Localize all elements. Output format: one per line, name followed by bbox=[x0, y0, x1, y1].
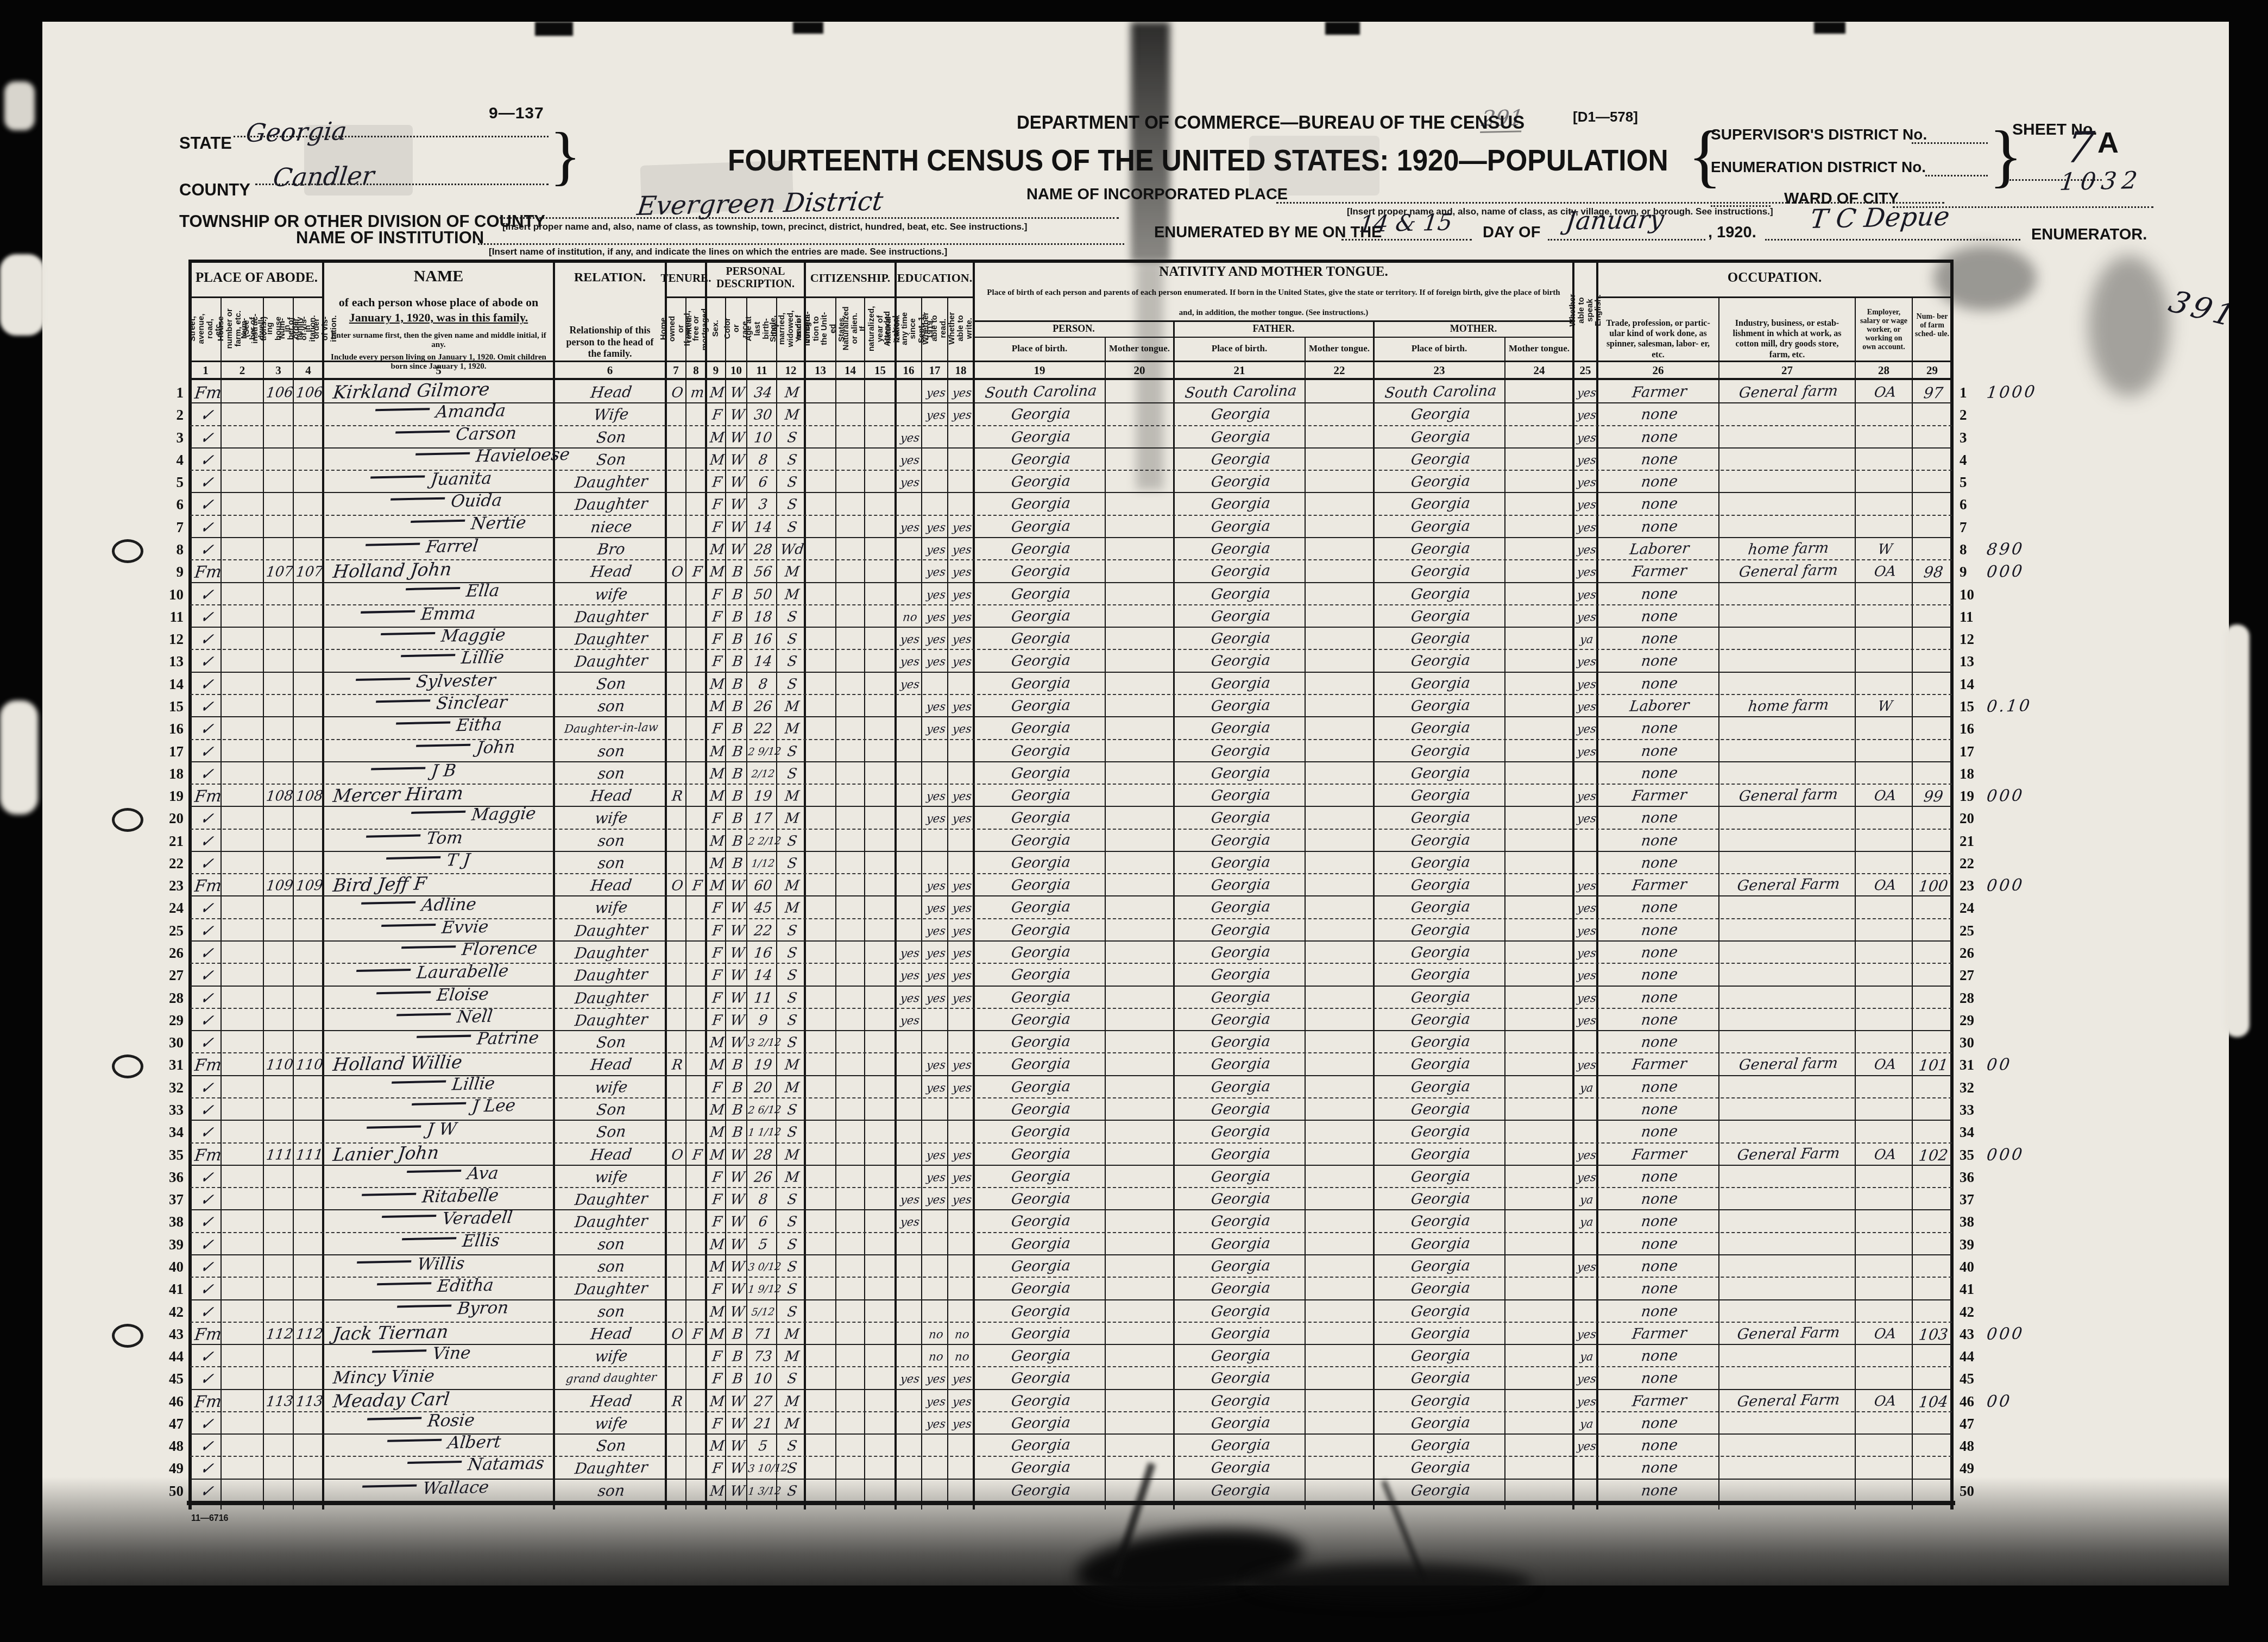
cell-birthplace-person: Georgia bbox=[974, 447, 1108, 472]
ditto-dash bbox=[376, 699, 430, 703]
cell-speaks-english: yes bbox=[1573, 920, 1600, 943]
cell-age: 26 bbox=[747, 696, 779, 719]
cell-trade: none bbox=[1597, 492, 1722, 517]
cell-birthplace-father: Georgia bbox=[1174, 491, 1308, 516]
cell-age: 56 bbox=[747, 561, 779, 584]
cell-marital: M bbox=[777, 807, 808, 830]
header-place-of-birth: Place of birth. bbox=[1374, 337, 1505, 361]
cell-birthplace-father: Georgia bbox=[1174, 1075, 1308, 1100]
cell-sex: F bbox=[706, 942, 728, 965]
cell-able-read: yes bbox=[922, 1368, 950, 1391]
cell-family-number: 110 bbox=[293, 1054, 326, 1077]
cell-abode-check: ✓ bbox=[190, 583, 224, 607]
cell-sex: F bbox=[706, 1458, 728, 1481]
cell-birthplace-person: Georgia bbox=[974, 402, 1108, 427]
cell-sex: M bbox=[706, 673, 728, 696]
enumerated-month-line bbox=[1548, 239, 1705, 241]
cell-birthplace-mother: Georgia bbox=[1374, 783, 1508, 808]
line-number-right: 5 bbox=[1960, 474, 2003, 491]
line-number-left: 5 bbox=[140, 474, 184, 491]
line-number-left: 1 bbox=[140, 384, 184, 401]
cell-trade: none bbox=[1597, 1231, 1722, 1256]
cell-attended-school: yes bbox=[896, 651, 924, 673]
cell-birthplace-father: Georgia bbox=[1174, 559, 1308, 584]
cell-birthplace-mother: Georgia bbox=[1374, 984, 1508, 1009]
cell-abode-check: ✓ bbox=[190, 964, 224, 988]
name-text: Emma bbox=[420, 603, 476, 624]
cell-trade: none bbox=[1597, 940, 1722, 965]
cell-birthplace-father: Georgia bbox=[1174, 1052, 1308, 1077]
line-number-right: 41 bbox=[1960, 1281, 2003, 1298]
column-number: 2 bbox=[221, 361, 263, 380]
ditto-dash bbox=[401, 945, 456, 949]
sheet-stamp: 1032 bbox=[2058, 167, 2144, 196]
cell-speaks-english: ya bbox=[1573, 1413, 1600, 1436]
header-nativity-note2: and, in addition, the mother tongue. (Se… bbox=[979, 308, 1568, 318]
line-number-right: 50 bbox=[1960, 1483, 2003, 1500]
ditto-dash bbox=[381, 923, 436, 926]
cell-birthplace-person: Georgia bbox=[974, 761, 1108, 786]
line-number-left: 32 bbox=[140, 1079, 184, 1096]
cell-dwelling-number: 106 bbox=[263, 382, 296, 405]
cell-color-race: W bbox=[726, 1211, 749, 1234]
cell-marital: S bbox=[777, 1457, 808, 1480]
cell-age: 20 bbox=[747, 1076, 779, 1100]
name-text: J B bbox=[430, 761, 457, 781]
cell-trade: none bbox=[1597, 469, 1722, 494]
cell-tenure-owned: R bbox=[666, 785, 689, 808]
enumerator-label: ENUMERATOR. bbox=[2031, 226, 2147, 244]
cell-birthplace-father: Georgia bbox=[1174, 716, 1308, 741]
cell-trade: none bbox=[1597, 671, 1722, 696]
cell-abode-check: ✓ bbox=[190, 696, 224, 719]
cell-color-race: W bbox=[726, 1144, 749, 1167]
cell-abode-check: ✓ bbox=[190, 673, 224, 696]
cell-marital: M bbox=[777, 561, 808, 584]
header-citizenship: CITIZENSHIP. bbox=[805, 260, 896, 296]
header-col-27-label: Industry, business, or estab- lishment i… bbox=[1725, 318, 1849, 360]
margin-handwritten-note: 00 bbox=[1986, 1390, 2069, 1411]
county-value: Candler bbox=[272, 161, 376, 192]
name-text: Maggie bbox=[440, 625, 506, 646]
cell-age: 19 bbox=[747, 1054, 779, 1077]
line-number-left: 31 bbox=[140, 1057, 184, 1073]
cell-birthplace-father: Georgia bbox=[1174, 1097, 1308, 1122]
cell-birthplace-mother: Georgia bbox=[1374, 895, 1508, 920]
cell-abode-check: ✓ bbox=[190, 1166, 224, 1189]
cell-sex: F bbox=[706, 494, 728, 517]
enumerated-days-line bbox=[1341, 239, 1472, 241]
cell-birthplace-mother: Georgia bbox=[1374, 469, 1508, 494]
cell-birthplace-person: Georgia bbox=[974, 648, 1108, 673]
cell-tenure-owned: O bbox=[666, 382, 689, 405]
vertical-label: Whether able to speak English. bbox=[1568, 294, 1603, 326]
cell-color-race: W bbox=[726, 1256, 749, 1279]
cell-age: 3 0/12 bbox=[747, 1256, 779, 1279]
name-text: Evvie bbox=[440, 917, 489, 938]
plate-code: [D1—578] bbox=[1573, 109, 1638, 125]
cell-birthplace-father: Georgia bbox=[1174, 1343, 1308, 1368]
cell-tenure-owned: O bbox=[666, 1144, 689, 1167]
cell-birthplace-father: Georgia bbox=[1174, 424, 1308, 449]
cell-birthplace-person: Georgia bbox=[974, 783, 1108, 808]
header-place-of-birth: Place of birth. bbox=[974, 337, 1105, 361]
cell-birthplace-father: Georgia bbox=[1174, 447, 1308, 472]
cell-age: 28 bbox=[747, 539, 779, 562]
sheet-value: 7 bbox=[2064, 123, 2096, 173]
cell-birthplace-person: Georgia bbox=[974, 1411, 1108, 1436]
name-text: Carson bbox=[455, 423, 518, 444]
cell-age: 11 bbox=[747, 987, 779, 1010]
line-number-right: 30 bbox=[1960, 1034, 2003, 1051]
ditto-dash bbox=[386, 856, 440, 859]
cell-birthplace-person: Georgia bbox=[974, 581, 1108, 606]
name-text: Lanier John bbox=[332, 1141, 440, 1165]
line-number-left: 44 bbox=[140, 1348, 184, 1365]
cell-speaks-english: yes bbox=[1573, 740, 1600, 763]
line-number-left: 40 bbox=[140, 1259, 184, 1275]
cell-speaks-english: yes bbox=[1573, 1144, 1600, 1166]
cell-birthplace-mother: Georgia bbox=[1374, 424, 1508, 449]
cell-color-race: W bbox=[726, 1009, 749, 1032]
cell-able-read: yes bbox=[922, 964, 950, 987]
cell-abode-check: ✓ bbox=[190, 494, 224, 517]
name-text: Patrine bbox=[476, 1028, 540, 1049]
margin-handwritten-note: 890 bbox=[1986, 539, 2069, 559]
cell-sex: M bbox=[706, 1144, 728, 1167]
cell-color-race: B bbox=[726, 696, 749, 718]
cell-attended-school: yes bbox=[896, 449, 924, 472]
county-line bbox=[255, 184, 549, 185]
cell-birthplace-mother: Georgia bbox=[1374, 1052, 1508, 1077]
cell-birthplace-father: Georgia bbox=[1174, 850, 1308, 875]
cell-birthplace-mother: Georgia bbox=[1374, 761, 1508, 786]
page-stamp-number: 291 bbox=[1480, 105, 1524, 133]
cell-speaks-english: yes bbox=[1573, 1368, 1600, 1391]
cell-birthplace-mother: Georgia bbox=[1374, 850, 1508, 875]
vertical-label: If owned, free or mortgaged. bbox=[683, 306, 709, 351]
cell-sex: M bbox=[706, 1435, 728, 1458]
cell-marital: M bbox=[777, 583, 808, 606]
ditto-dash bbox=[381, 632, 435, 635]
cell-birthplace-father: Georgia bbox=[1174, 873, 1308, 898]
cell-abode-check: ✓ bbox=[190, 471, 224, 495]
cell-able-write: yes bbox=[948, 1368, 976, 1391]
cell-marital: S bbox=[777, 449, 808, 472]
cell-birthplace-father: Georgia bbox=[1174, 1141, 1308, 1166]
cell-birthplace-father: Georgia bbox=[1174, 1164, 1308, 1189]
film-blob-3 bbox=[4, 81, 35, 130]
cell-marital: S bbox=[777, 1278, 808, 1301]
cell-trade: none bbox=[1597, 1254, 1722, 1279]
line-number-right: 6 bbox=[1960, 496, 2003, 513]
ditto-dash bbox=[366, 834, 420, 837]
cell-speaks-english: yes bbox=[1573, 539, 1600, 561]
cell-birthplace-father: Georgia bbox=[1174, 1321, 1308, 1346]
cell-tenure-owned: O bbox=[666, 1323, 689, 1346]
cell-abode-farm: Fm bbox=[193, 560, 269, 584]
cell-color-race: W bbox=[726, 404, 749, 427]
cell-speaks-english: yes bbox=[1573, 651, 1600, 673]
supervisor-line bbox=[1912, 142, 1988, 144]
cell-birthplace-father: Georgia bbox=[1174, 1455, 1308, 1480]
line-number-left: 43 bbox=[140, 1326, 184, 1343]
cell-family-number: 107 bbox=[293, 561, 326, 584]
cell-relation: son bbox=[554, 850, 669, 875]
line-number-left: 36 bbox=[140, 1169, 184, 1186]
cell-able-write: yes bbox=[948, 1413, 976, 1436]
cell-sex: M bbox=[706, 561, 728, 584]
name-text: Amanda bbox=[434, 401, 507, 422]
cell-abode-check: ✓ bbox=[190, 1189, 224, 1212]
cell-birthplace-mother: Georgia bbox=[1374, 940, 1508, 965]
header-mother-tongue: Mother tongue. bbox=[1305, 337, 1374, 361]
cell-able-write: yes bbox=[948, 920, 976, 943]
cell-speaks-english: yes bbox=[1573, 494, 1600, 516]
line-number-right: 34 bbox=[1960, 1124, 2003, 1141]
cell-birthplace-person: Georgia bbox=[974, 1231, 1108, 1256]
cell-birthplace-father: Georgia bbox=[1174, 581, 1308, 606]
header-relation-sub: Relationship of this person to the head … bbox=[560, 325, 659, 360]
cell-industry: General Farm bbox=[1719, 873, 1858, 898]
cell-relation: son bbox=[554, 1478, 669, 1503]
cell-able-write: yes bbox=[948, 1077, 976, 1100]
cell-birthplace-mother: Georgia bbox=[1374, 716, 1508, 741]
line-number-right: 36 bbox=[1960, 1169, 2003, 1186]
cell-marital: S bbox=[777, 1099, 808, 1122]
name-text: Adline bbox=[420, 895, 477, 915]
cell-abode-check: ✓ bbox=[190, 987, 224, 1010]
cell-abode-check: ✓ bbox=[190, 404, 224, 427]
cell-age: 1 9/12 bbox=[747, 1278, 779, 1302]
cell-dwelling-number: 107 bbox=[263, 561, 296, 584]
cell-abode-check: ✓ bbox=[190, 1099, 224, 1122]
cell-tenure-free: F bbox=[686, 1323, 709, 1346]
header-father: FATHER. bbox=[1174, 320, 1374, 337]
column-number: 22 bbox=[1305, 361, 1374, 380]
line-number-left: 38 bbox=[140, 1214, 184, 1230]
line-number-left: 24 bbox=[140, 900, 184, 917]
cell-marital: M bbox=[777, 785, 808, 808]
cell-color-race: W bbox=[726, 539, 749, 561]
cell-attended-school: yes bbox=[896, 516, 924, 539]
name-text: Nertie bbox=[470, 513, 527, 533]
cell-able-read: yes bbox=[922, 404, 950, 427]
line-number-left: 21 bbox=[140, 833, 184, 850]
header-name-title: NAME bbox=[323, 263, 554, 290]
cell-employer-class: OA bbox=[1855, 1322, 1915, 1346]
cell-marital: M bbox=[777, 382, 808, 405]
cell-age: 73 bbox=[747, 1346, 779, 1369]
column-number: 4 bbox=[293, 361, 323, 380]
cell-trade: none bbox=[1597, 895, 1722, 920]
vertical-label: Num- ber of family in order of vis- itat… bbox=[278, 314, 338, 344]
cell-trade: none bbox=[1597, 828, 1722, 853]
margin-handwritten-note: 0.10 bbox=[1986, 696, 2069, 716]
column-number: 18 bbox=[948, 361, 974, 380]
cell-marital: S bbox=[777, 1480, 808, 1502]
cell-abode-check: ✓ bbox=[190, 1368, 224, 1391]
cell-speaks-english: ya bbox=[1573, 1189, 1600, 1211]
ditto-dash bbox=[412, 1102, 466, 1105]
cell-color-race: W bbox=[726, 1032, 749, 1054]
ditto-dash bbox=[416, 743, 470, 747]
cell-abode-check: ✓ bbox=[190, 1233, 224, 1256]
ditto-dash bbox=[382, 1215, 436, 1218]
cell-trade: Farmer bbox=[1597, 380, 1722, 405]
cell-age: 71 bbox=[747, 1323, 779, 1347]
institution-note: [Insert name of institution, if any, and… bbox=[489, 247, 947, 257]
cell-sex: M bbox=[706, 1301, 728, 1324]
cell-age: 34 bbox=[747, 382, 779, 405]
line-number-left: 26 bbox=[140, 945, 184, 962]
enumerated-days: 14 & 15 bbox=[1358, 209, 1454, 237]
column-number: 23 bbox=[1374, 361, 1505, 380]
cell-trade: none bbox=[1597, 1366, 1722, 1391]
ditto-dash bbox=[392, 1080, 446, 1083]
cell-birthplace-mother: Georgia bbox=[1374, 514, 1508, 539]
cell-birthplace-person: Georgia bbox=[974, 424, 1108, 449]
ditto-dash bbox=[356, 677, 410, 680]
cell-abode-farm: Fm bbox=[193, 381, 269, 405]
cell-trade: Laborer bbox=[1597, 693, 1722, 718]
ditto-dash bbox=[366, 542, 420, 546]
cell-able-write: yes bbox=[948, 1054, 976, 1077]
cell-age: 60 bbox=[747, 875, 779, 898]
cell-industry: General farm bbox=[1719, 783, 1858, 809]
cell-abode-check: ✓ bbox=[190, 1346, 224, 1369]
cell-employer-class: OA bbox=[1855, 560, 1915, 584]
header-band-line bbox=[1597, 296, 1952, 298]
line-number-left: 41 bbox=[140, 1281, 184, 1298]
grid-vline bbox=[835, 296, 836, 1510]
line-number-left: 49 bbox=[140, 1460, 184, 1477]
cell-sex: M bbox=[706, 1099, 728, 1122]
cell-tenure-owned: O bbox=[666, 875, 689, 898]
header-personal-description: PERSONAL DESCRIPTION. bbox=[706, 260, 805, 296]
cell-color-race: B bbox=[726, 651, 749, 673]
name-text: Mincy Vinie bbox=[332, 1366, 436, 1388]
ward-leader-line bbox=[1711, 205, 1771, 207]
cell-marital: S bbox=[777, 606, 808, 629]
cell-birthplace-person: Georgia bbox=[974, 962, 1108, 987]
cell-color-race: W bbox=[726, 1234, 749, 1256]
cell-sex: F bbox=[706, 1211, 728, 1234]
cell-employer-class: OA bbox=[1855, 785, 1915, 809]
cell-sex: M bbox=[706, 539, 728, 561]
cell-industry: General farm bbox=[1719, 1052, 1858, 1077]
cell-birthplace-mother: Georgia bbox=[1374, 626, 1508, 651]
cell-abode-check: ✓ bbox=[190, 718, 224, 741]
ditto-dash bbox=[370, 475, 425, 478]
cell-color-race: B bbox=[726, 1346, 749, 1368]
line-number-left: 29 bbox=[140, 1012, 184, 1029]
column-number: 29 bbox=[1912, 361, 1952, 380]
column-number: 16 bbox=[896, 361, 922, 380]
cell-age: 3 2/12 bbox=[747, 1032, 779, 1055]
cell-speaks-english: yes bbox=[1573, 696, 1600, 718]
cell-birthplace-person: Georgia bbox=[974, 940, 1108, 965]
cell-age: 1/12 bbox=[747, 852, 779, 876]
cell-birthplace-father: Georgia bbox=[1174, 1209, 1308, 1234]
cell-able-read: yes bbox=[922, 987, 950, 1009]
cell-marital: S bbox=[777, 830, 808, 852]
film-blob-2 bbox=[0, 700, 38, 814]
cell-trade: none bbox=[1597, 604, 1722, 629]
cell-birthplace-mother: Georgia bbox=[1374, 1388, 1508, 1413]
header-mother-tongue: Mother tongue. bbox=[1505, 337, 1573, 361]
cell-able-read: yes bbox=[922, 628, 950, 651]
cell-age: 2 2/12 bbox=[747, 830, 779, 853]
ditto-dash bbox=[387, 1438, 442, 1442]
cell-trade: none bbox=[1597, 1478, 1722, 1503]
line-number-left: 22 bbox=[140, 855, 184, 872]
cell-birthplace-mother: Georgia bbox=[1374, 1455, 1508, 1480]
header-col-13-vertical: Year of immigra- tion to the Unit- ed St… bbox=[805, 296, 836, 361]
cell-sex: F bbox=[706, 898, 728, 920]
ditto-dash bbox=[411, 519, 465, 522]
cell-color-race: W bbox=[726, 1480, 749, 1503]
film-blob-1 bbox=[0, 254, 45, 336]
cell-marital: M bbox=[777, 1413, 808, 1436]
cell-marital: S bbox=[777, 673, 808, 696]
line-number-right: 11 bbox=[1960, 609, 2003, 626]
line-number-right: 18 bbox=[1960, 766, 2003, 782]
cell-marital: S bbox=[777, 1256, 808, 1279]
cell-color-race: B bbox=[726, 1323, 749, 1346]
ditto-dash bbox=[390, 497, 445, 501]
state-line bbox=[234, 136, 549, 137]
header-name-sub3: Enter surname first, then the given name… bbox=[331, 331, 546, 350]
cell-birthplace-father: Georgia bbox=[1174, 738, 1308, 763]
cell-age: 6 bbox=[747, 471, 779, 495]
enumerator-signature: T C Depue bbox=[1809, 201, 1951, 235]
cell-marital: M bbox=[777, 1346, 808, 1368]
cell-marital: M bbox=[777, 1076, 808, 1099]
line-number-left: 3 bbox=[140, 430, 184, 446]
cell-birthplace-mother: Georgia bbox=[1374, 1478, 1508, 1503]
cell-birthplace-person: Georgia bbox=[974, 738, 1108, 763]
line-number-right: 25 bbox=[1960, 923, 2003, 939]
name-text: Eloise bbox=[436, 984, 490, 1005]
cell-color-race: B bbox=[726, 1368, 749, 1391]
line-number-right: 16 bbox=[1960, 721, 2003, 737]
cell-birthplace-person: Georgia bbox=[974, 1298, 1108, 1323]
line-number-left: 19 bbox=[140, 788, 184, 805]
ditto-dash bbox=[361, 901, 415, 905]
cell-farm-schedule: 101 bbox=[1912, 1054, 1955, 1077]
line-number-left: 33 bbox=[140, 1102, 184, 1119]
line-number-right: 47 bbox=[1960, 1416, 2003, 1432]
cell-speaks-english: yes bbox=[1573, 875, 1600, 898]
cell-able-write: yes bbox=[948, 382, 976, 405]
cell-birthplace-person: Georgia bbox=[974, 1164, 1108, 1189]
cell-sex: F bbox=[706, 1368, 728, 1391]
column-number: 24 bbox=[1505, 361, 1573, 380]
column-number: 15 bbox=[865, 361, 896, 380]
cell-family-number: 109 bbox=[293, 875, 326, 898]
cell-color-race: W bbox=[726, 942, 749, 965]
cell-sex: M bbox=[706, 1391, 728, 1413]
cell-birthplace-person: Georgia bbox=[974, 1366, 1108, 1391]
cell-birthplace-person: Georgia bbox=[974, 984, 1108, 1009]
cell-relation: wife bbox=[554, 1344, 669, 1369]
sheet-letter: A bbox=[2097, 126, 2119, 160]
enumeration-label: ENUMERATION DISTRICT No. bbox=[1711, 159, 1926, 176]
cell-marital: S bbox=[777, 651, 808, 673]
cell-birthplace-person: Georgia bbox=[974, 1254, 1108, 1279]
cell-abode-farm: Fm bbox=[193, 1053, 269, 1077]
